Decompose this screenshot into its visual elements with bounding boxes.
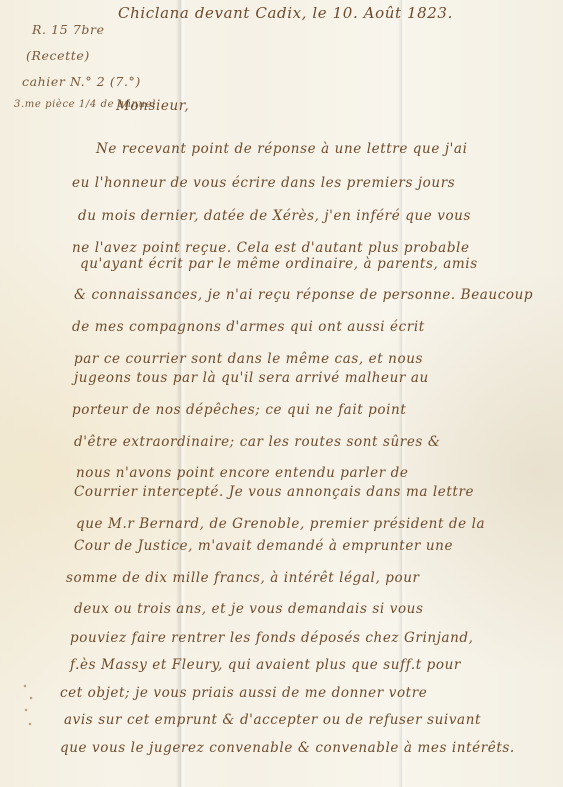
- body-line: qu'ayant écrit par le même ordinaire, à …: [80, 256, 478, 272]
- body-line: pouviez faire rentrer les fonds déposés …: [70, 630, 474, 646]
- body-line: que M.r Bernard, de Grenoble, premier pr…: [76, 516, 485, 532]
- body-line: de mes compagnons d'armes qui ont aussi …: [72, 319, 425, 335]
- body-line: somme de dix mille francs, à intérêt lég…: [66, 570, 420, 586]
- margin-note: cahier N.° 2 (7.°): [22, 74, 141, 89]
- body-line: eu l'honneur de vous écrire dans les pre…: [72, 175, 455, 191]
- margin-ink-dots: [22, 680, 34, 740]
- letter-page: Chiclana devant Cadix, le 10. Août 1823.…: [0, 0, 563, 787]
- body-line: avis sur cet emprunt & d'accepter ou de …: [64, 712, 481, 728]
- salutation: Monsieur,: [116, 98, 189, 114]
- body-line: du mois dernier, datée de Xérès, j'en in…: [78, 208, 471, 224]
- body-line: Cour de Justice, m'avait demandé à empru…: [74, 538, 453, 554]
- body-line: & connaissances, je n'ai reçu réponse de…: [74, 287, 533, 303]
- body-line: Ne recevant point de réponse à une lettr…: [96, 141, 468, 157]
- body-line: d'être extraordinaire; car les routes so…: [74, 434, 440, 450]
- body-line: Courrier intercepté. Je vous annonçais d…: [74, 484, 474, 500]
- body-line: porteur de nos dépêches; ce qui ne fait …: [72, 402, 406, 418]
- body-line: f.ès Massy et Fleury, qui avaient plus q…: [70, 657, 461, 673]
- margin-note: R. 15 7bre: [32, 22, 105, 37]
- place-date-heading: Chiclana devant Cadix, le 10. Août 1823.: [118, 4, 453, 22]
- body-line: ne l'avez point reçue. Cela est d'autant…: [72, 240, 470, 256]
- body-line: nous n'avons point encore entendu parler…: [76, 465, 409, 481]
- margin-note: (Recette): [26, 48, 90, 63]
- body-line: par ce courrier sont dans le même cas, e…: [74, 351, 423, 367]
- body-line: deux ou trois ans, et je vous demandais …: [74, 601, 424, 617]
- body-line: cet objet; je vous priais aussi de me do…: [60, 685, 427, 701]
- body-line: jugeons tous par là qu'il sera arrivé ma…: [74, 370, 429, 386]
- body-line: que vous le jugerez convenable & convena…: [60, 740, 515, 756]
